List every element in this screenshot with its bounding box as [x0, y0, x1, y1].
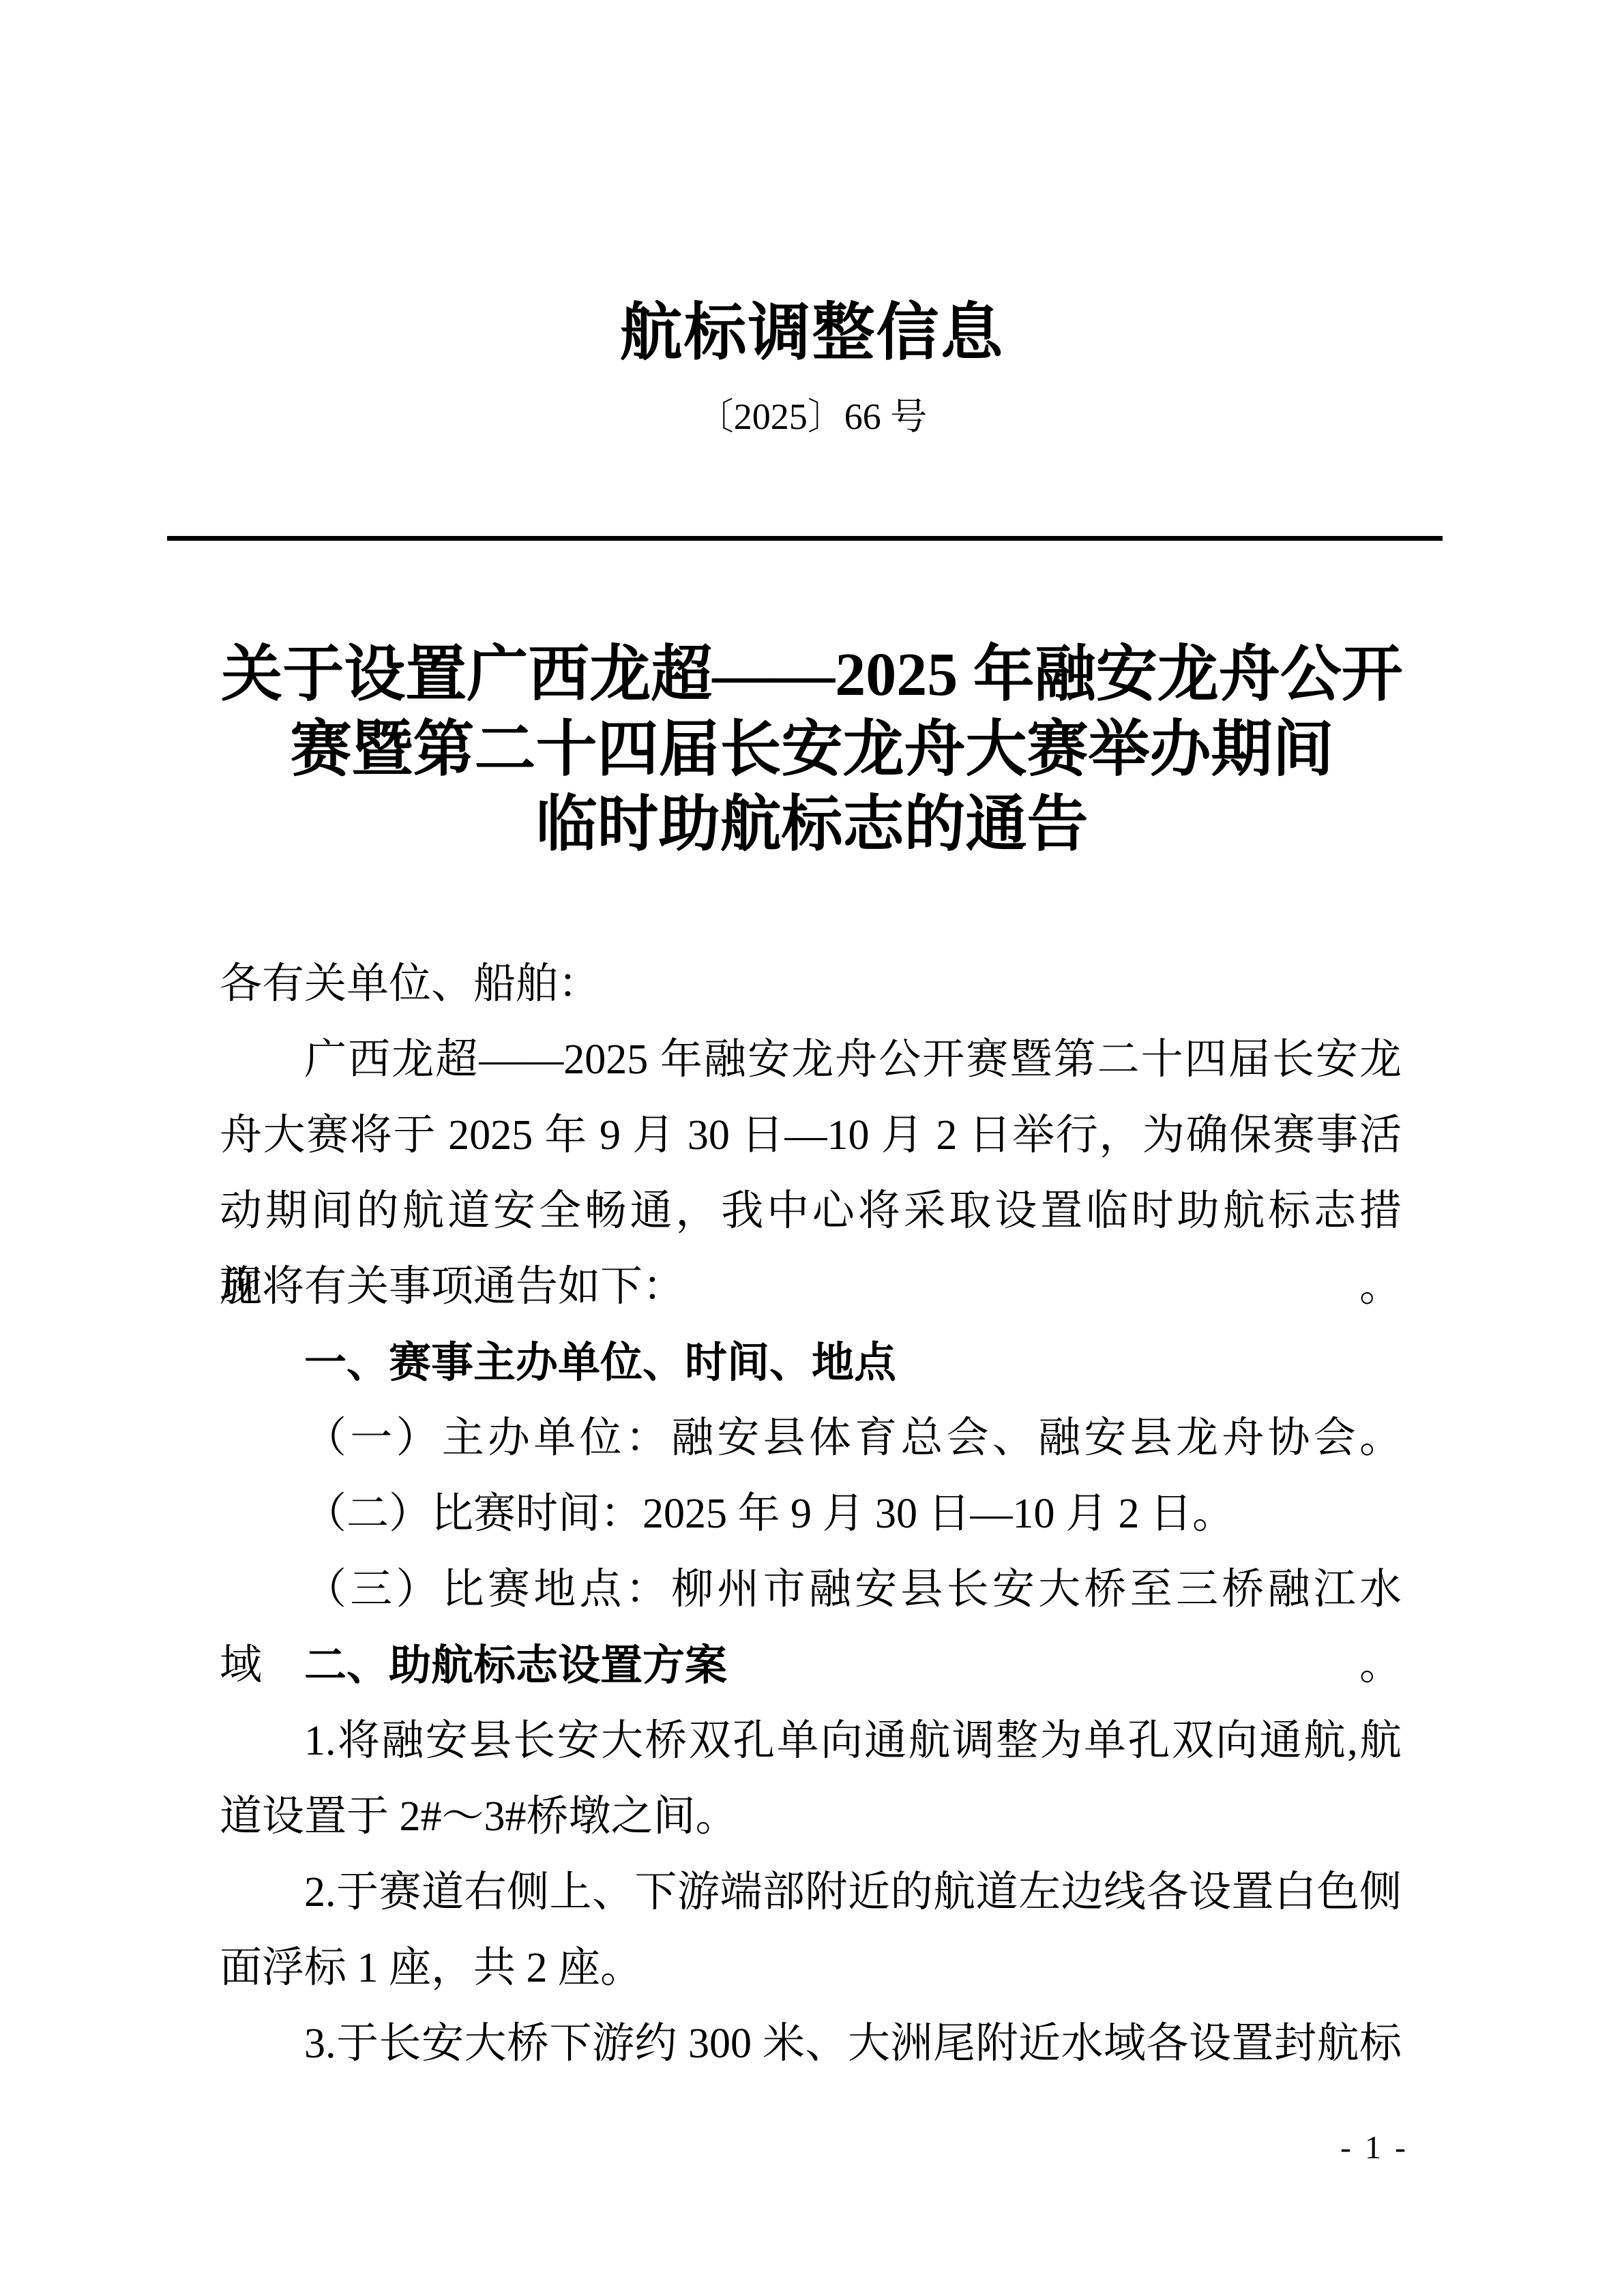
intro-line-3: 动期间的航道安全畅通，我中心将采取设置临时助航标志措施。	[220, 1174, 1402, 1249]
document-body: 各有关单位、船舶： 广西龙超——2025 年融安龙舟公开赛暨第二十四届长安龙 舟…	[220, 946, 1402, 2082]
page-number: - 1 -	[1340, 2129, 1408, 2167]
doc-title: 航标调整信息	[0, 299, 1624, 367]
section-2-item-2-line-2: 面浮标 1 座，共 2 座。	[220, 1930, 1402, 2006]
doc-number: 〔2025〕66 号	[0, 396, 1624, 438]
title-separator-line	[167, 536, 1443, 541]
section-1-item-2: （二）比赛时间：2025 年 9 月 30 日—10 月 2 日。	[220, 1476, 1402, 1552]
notice-title-line-2: 赛暨第二十四届长安龙舟大赛举办期间	[102, 713, 1522, 788]
notice-title: 关于设置广西龙超——2025 年融安龙舟公开 赛暨第二十四届长安龙舟大赛举办期间…	[102, 638, 1522, 863]
section-2-item-3-line-1: 3.于长安大桥下游约 300 米、大洲尾附近水域各设置封航标	[220, 2006, 1402, 2082]
section-2-item-2-line-1: 2.于赛道右侧上、下游端部附近的航道左边线各设置白色侧	[220, 1855, 1402, 1930]
notice-title-line-3: 临时助航标志的通告	[102, 788, 1522, 863]
section-2-item-1-line-2: 道设置于 2#～3#桥墩之间。	[220, 1779, 1402, 1855]
salutation-line: 各有关单位、船舶：	[220, 946, 1402, 1022]
section-1-item-1: （一）主办单位：融安县体育总会、融安县龙舟协会。	[220, 1401, 1402, 1476]
section-2-item-1-line-1: 1.将融安县长安大桥双孔单向通航调整为单孔双向通航,航	[220, 1703, 1402, 1779]
notice-title-line-1: 关于设置广西龙超——2025 年融安龙舟公开	[102, 638, 1522, 713]
intro-line-2: 舟大赛将于 2025 年 9 月 30 日—10 月 2 日举行，为确保赛事活	[220, 1098, 1402, 1174]
document-page: 航标调整信息 〔2025〕66 号 关于设置广西龙超——2025 年融安龙舟公开…	[0, 0, 1624, 2296]
section-1-heading: 一、赛事主办单位、时间、地点	[220, 1325, 1402, 1401]
intro-line-1: 广西龙超——2025 年融安龙舟公开赛暨第二十四届长安龙	[220, 1022, 1402, 1098]
section-1-item-3: （三）比赛地点：柳州市融安县长安大桥至三桥融江水域。	[220, 1552, 1402, 1628]
